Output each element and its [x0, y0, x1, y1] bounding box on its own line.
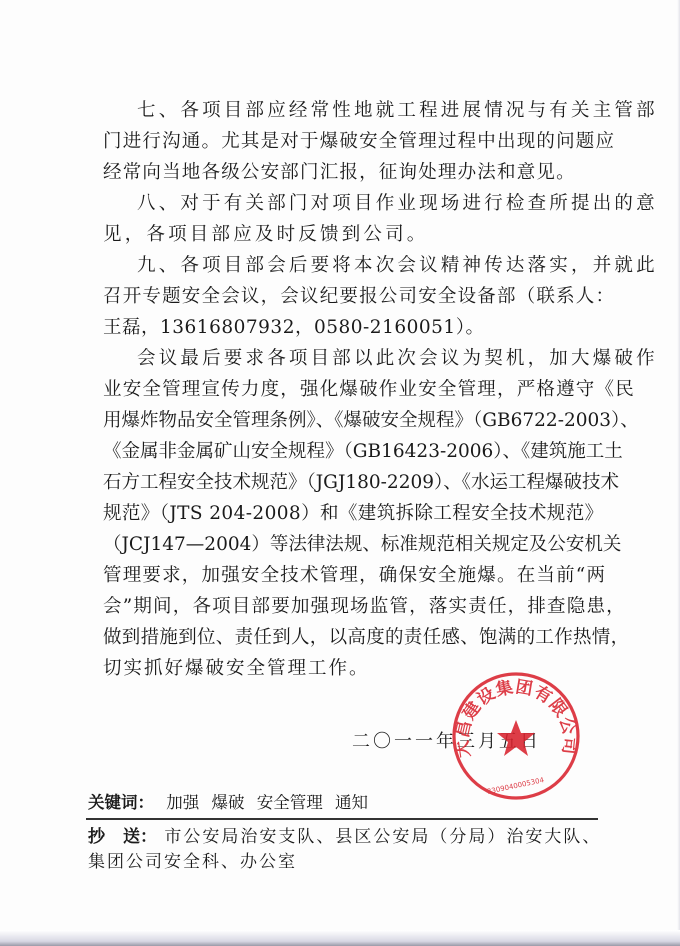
scan-edge-bottom	[0, 930, 680, 946]
closing-paragraph-line-6: 规范》（JTS 204-2008）和《建筑拆除工程安全技术规范》	[103, 499, 577, 529]
paragraph-7-line-2: 门进行沟通。尤其是对于爆破安全管理过程中出现的问题应	[103, 127, 577, 157]
closing-paragraph-line-7: （JCJ147—2004）等法律法规、标准规范相关规定及公安机关	[103, 530, 577, 560]
paragraph-8-line-2: 见，各项目部应及时反馈到公司。	[103, 220, 577, 250]
cc-recipients-1: 市公安局治安支队、县区公安局（分局）治安大队、	[164, 827, 601, 847]
closing-paragraph-line-10: 做到措施到位、责任到人，以高度的责任感、饱满的工作热情，	[103, 623, 577, 653]
paragraph-7-line-1: 七、各项目部应经常性地就工程进展情况与有关主管部	[137, 96, 577, 126]
cc-label: 抄送：	[88, 827, 157, 847]
paragraph-9-line-1: 九、各项目部会后要将本次会议精神传达落实，并就此	[137, 251, 577, 281]
closing-paragraph-line-9: 会”期间，各项目部要加强现场监管，落实责任，排查隐患，	[103, 592, 577, 622]
keyword-tag: 安全管理	[257, 793, 323, 812]
closing-paragraph-line-3: 用爆炸物品安全管理条例》、《爆破安全规程》（GB6722-2003）、	[103, 406, 577, 436]
keyword-tag: 通知	[335, 793, 368, 812]
keywords-label: 关键词：	[88, 793, 154, 812]
closing-paragraph-line-4: 《金属非金属矿山安全规程》（GB16423-2006）、《建筑施工土	[103, 437, 577, 467]
cc-recipients-2: 集团公司安全科、办公室	[88, 850, 297, 874]
closing-paragraph-line-5: 石方工程安全技术规范》（JGJ180-2209）、《水运工程爆破技术	[103, 468, 577, 498]
closing-paragraph-line-8: 管理要求，加强安全技术管理，确保安全施爆。在当前“两	[103, 561, 577, 591]
keyword-tag: 爆破	[212, 793, 245, 812]
document-page: 七、各项目部应经常性地就工程进展情况与有关主管部 门进行沟通。尤其是对于爆破安全…	[0, 0, 680, 946]
keyword-tag: 加强	[166, 793, 199, 812]
closing-paragraph-line-2: 业安全管理宣传力度，强化爆破作业安全管理，严格遵守《民	[103, 375, 577, 405]
separator-rule	[86, 818, 598, 820]
paragraph-8-line-1: 八、对于有关部门对项目作业现场进行检查所提出的意	[137, 189, 577, 219]
paragraph-9-line-2: 召开专题安全会议，会议纪要报公司安全设备部（联系人：	[103, 282, 577, 312]
closing-paragraph-line-1: 会议最后要求各项目部以此次会议为契机，加大爆破作	[137, 344, 577, 374]
paragraph-7-line-3: 经常向当地各级公安部门汇报，征询处理办法和意见。	[103, 158, 577, 188]
cc-line-1: 抄送： 市公安局治安支队、县区公安局（分局）治安大队、	[88, 825, 601, 849]
company-seal-icon: 大昌建设集团有限公司 3309040005304	[450, 670, 582, 802]
keywords-line: 关键词： 加强 爆破 安全管理 通知	[88, 791, 368, 815]
paragraph-9-contact-line: 王磊，13616807932，0580-2160051）。	[103, 313, 577, 343]
